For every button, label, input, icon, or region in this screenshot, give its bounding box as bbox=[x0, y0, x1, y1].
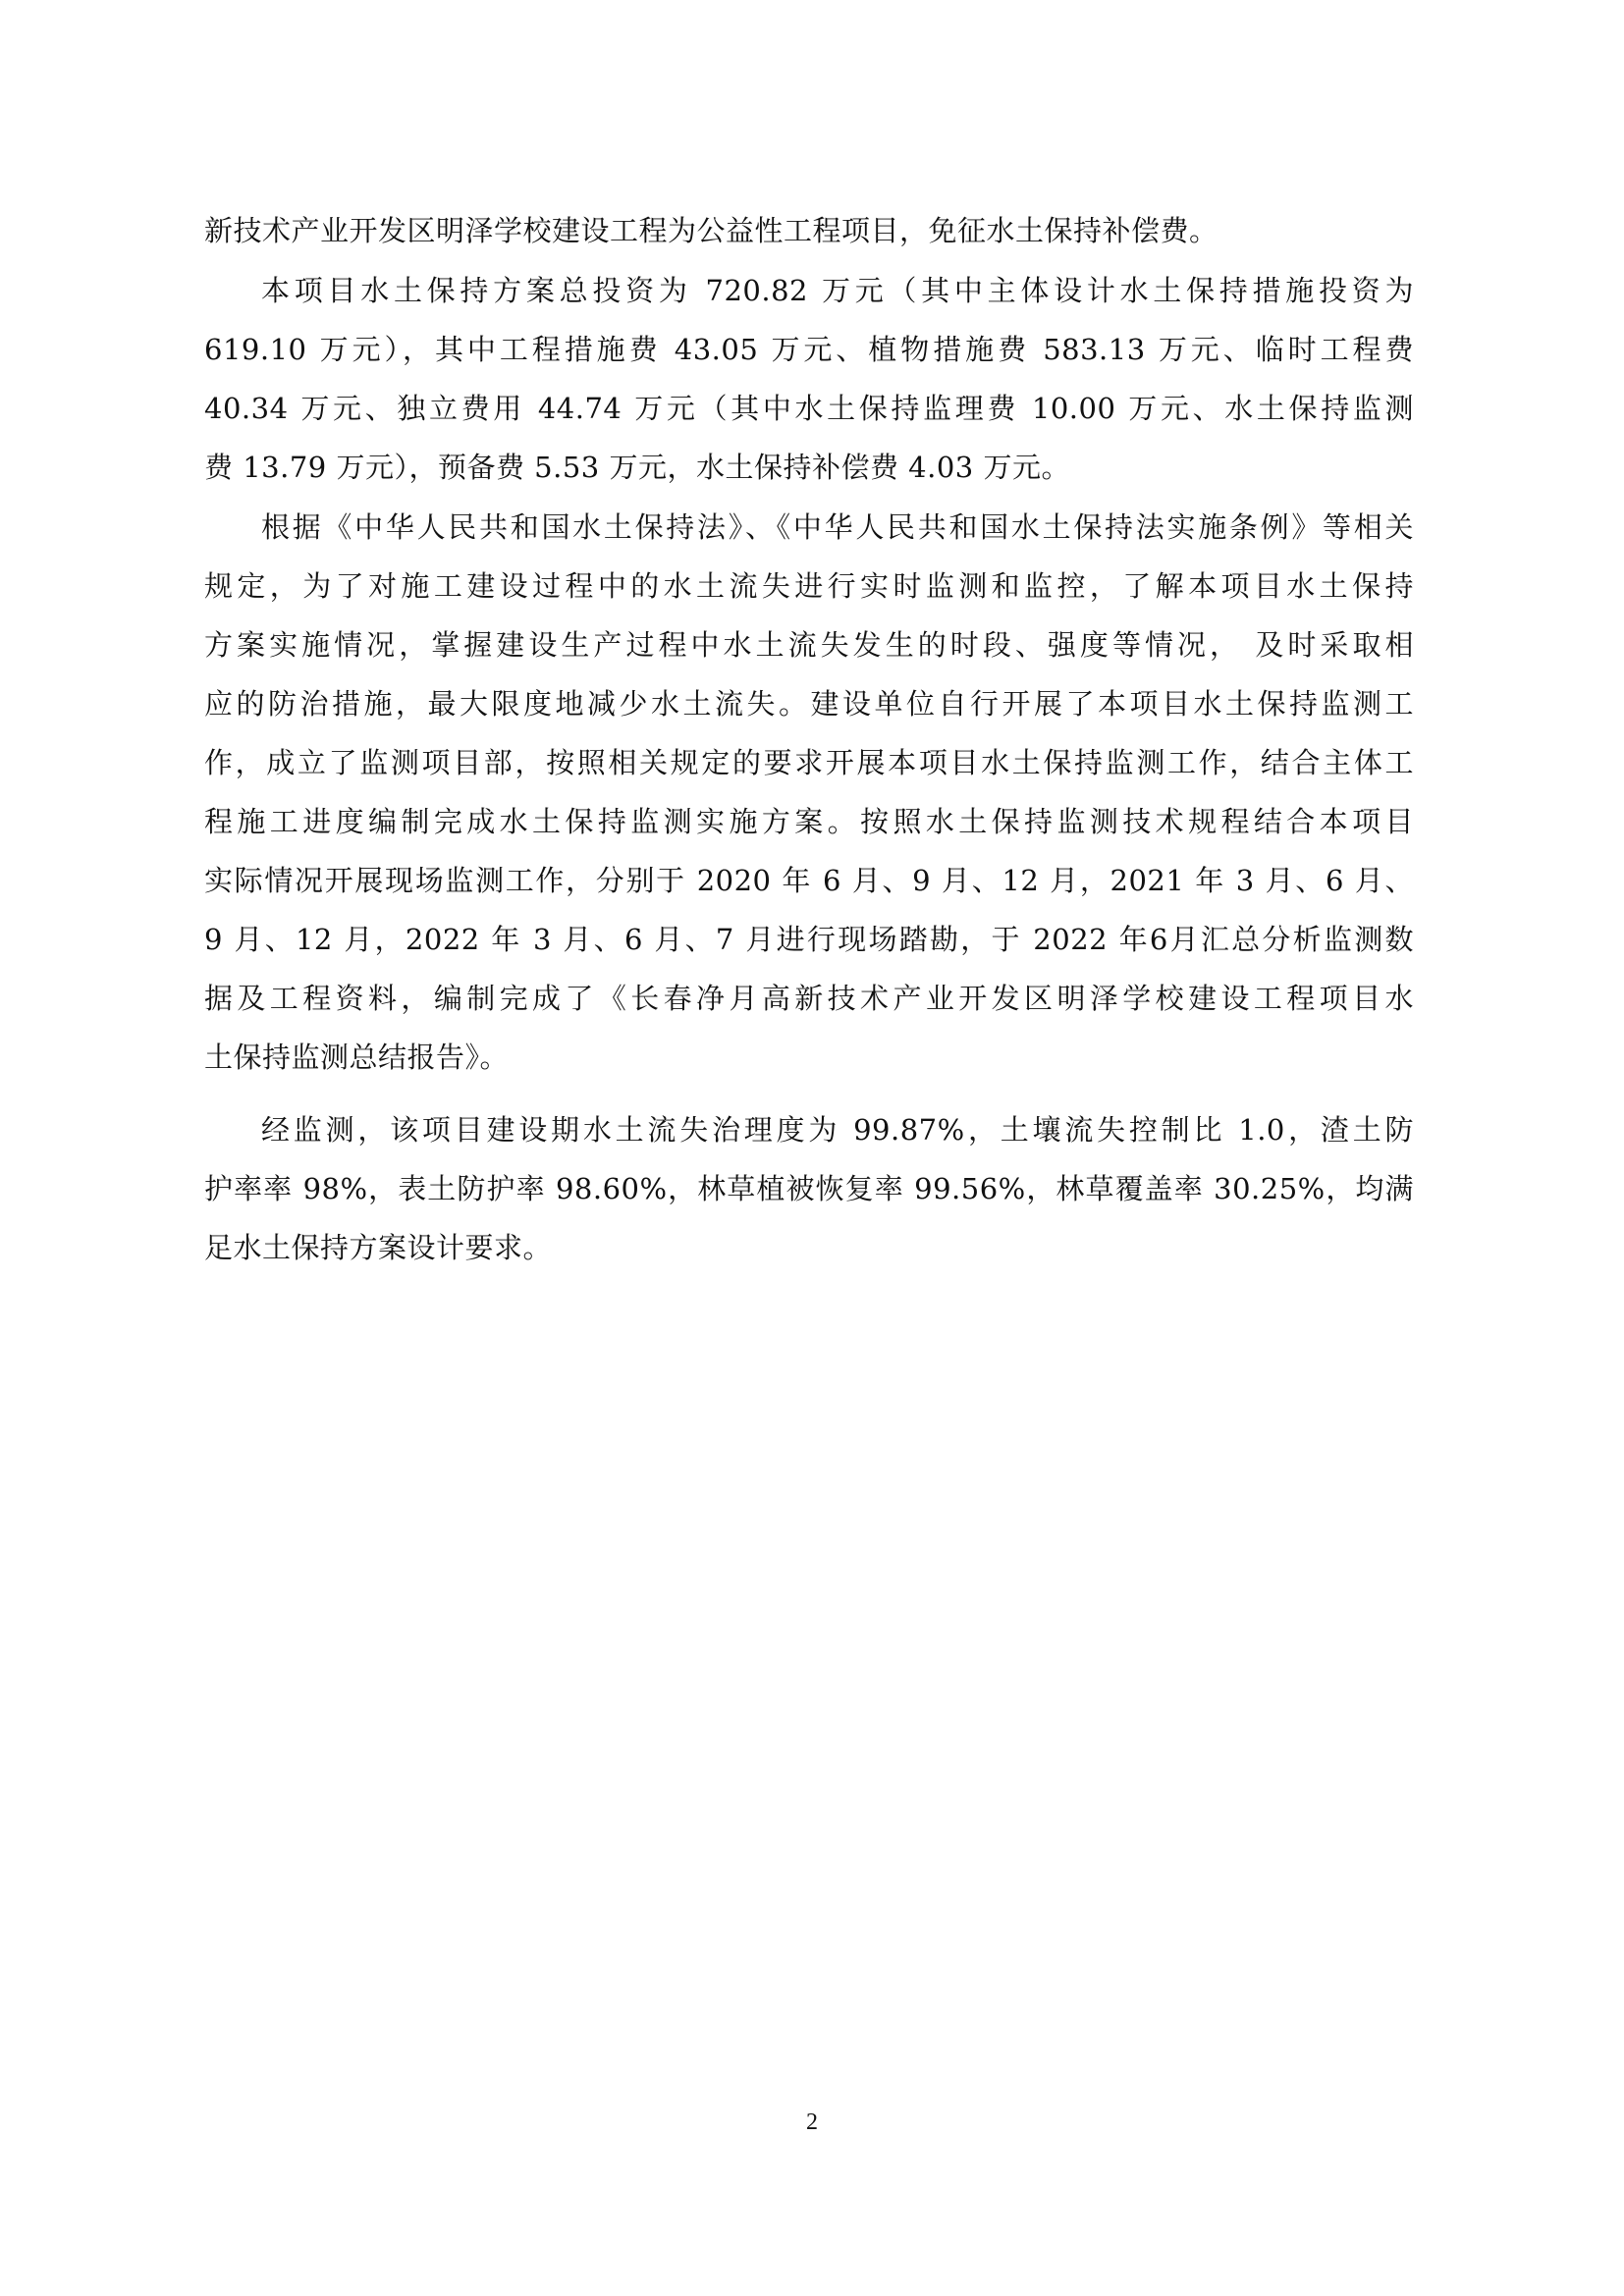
text-line: 费 13.79 万元），预备费 5.53 万元，水土保持补偿费 4.03 万元。 bbox=[204, 438, 1414, 497]
text-line: 土保持监测总结报告》。 bbox=[204, 1028, 1414, 1087]
text-line: 619.10 万元），其中工程措施费 43.05 万元、植物措施费 583.13… bbox=[204, 320, 1414, 379]
text-line: 作，成立了监测项目部，按照相关规定的要求开展本项目水土保持监测工作，结合主体工 bbox=[204, 733, 1414, 792]
paragraph-monitoring-basis: 根据《中华人民共和国水土保持法》、《中华人民共和国水土保持法实施条例》等相关 规… bbox=[204, 498, 1414, 1087]
paragraph-results: 经监测，该项目建设期水土流失治理度为 99.87%，土壤流失控制比 1.0，渣土… bbox=[204, 1100, 1414, 1277]
text-line: 足水土保持方案设计要求。 bbox=[204, 1218, 1414, 1277]
paragraph-gap bbox=[204, 1087, 1414, 1100]
text-line: 方案实施情况，掌握建设生产过程中水土流失发生的时段、强度等情况， 及时采取相 bbox=[204, 615, 1414, 674]
text-line: 程施工进度编制完成水土保持监测实施方案。按照水土保持监测技术规程结合本项目 bbox=[204, 792, 1414, 851]
text-line: 护率率 98%，表土防护率 98.60%，林草植被恢复率 99.56%，林草覆盖… bbox=[204, 1159, 1414, 1218]
text-line: 实际情况开展现场监测工作，分别于 2020 年 6 月、9 月、12 月，202… bbox=[204, 851, 1414, 910]
text-line: 40.34 万元、独立费用 44.74 万元（其中水土保持监理费 10.00 万… bbox=[204, 379, 1414, 438]
document-page: 新技术产业开发区明泽学校建设工程为公益性工程项目，免征水土保持补偿费。 本项目水… bbox=[0, 0, 1624, 2296]
text-line: 本项目水土保持方案总投资为 720.82 万元（其中主体设计水土保持措施投资为 bbox=[204, 261, 1414, 320]
text-line: 据及工程资料，编制完成了《长春净月高新技术产业开发区明泽学校建设工程项目水 bbox=[204, 969, 1414, 1028]
text-line: 9 月、12 月，2022 年 3 月、6 月、7 月进行现场踏勘，于 2022… bbox=[204, 910, 1414, 969]
paragraph-investment: 本项目水土保持方案总投资为 720.82 万元（其中主体设计水土保持措施投资为 … bbox=[204, 261, 1414, 497]
text-line: 经监测，该项目建设期水土流失治理度为 99.87%，土壤流失控制比 1.0，渣土… bbox=[204, 1100, 1414, 1159]
text-line: 应的防治措施，最大限度地减少水土流失。建设单位自行开展了本项目水土保持监测工 bbox=[204, 674, 1414, 733]
page-number: 2 bbox=[0, 2108, 1624, 2137]
text-line: 规定，为了对施工建设过程中的水土流失进行实时监测和监控，了解本项目水土保持 bbox=[204, 557, 1414, 615]
text-line: 新技术产业开发区明泽学校建设工程为公益性工程项目，免征水土保持补偿费。 bbox=[204, 201, 1414, 260]
text-line: 根据《中华人民共和国水土保持法》、《中华人民共和国水土保持法实施条例》等相关 bbox=[204, 498, 1414, 557]
document-body: 新技术产业开发区明泽学校建设工程为公益性工程项目，免征水土保持补偿费。 本项目水… bbox=[204, 201, 1414, 1277]
paragraph-fee-exemption: 新技术产业开发区明泽学校建设工程为公益性工程项目，免征水土保持补偿费。 bbox=[204, 201, 1414, 260]
